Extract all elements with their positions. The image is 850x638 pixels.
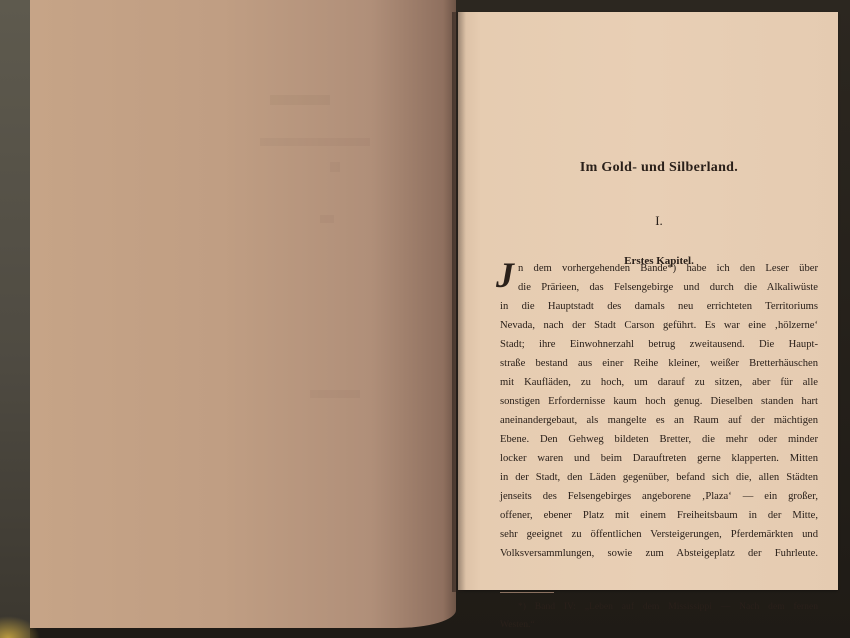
text-line: straße bestand aus einer Reihe kleiner, … [500,354,818,373]
text-line: locker waren und beim Darauftreten gerne… [500,449,818,468]
right-page: Im Gold- und Silberland. I. Erstes Kapit… [458,12,838,590]
show-through-text [320,215,334,223]
show-through-text [270,95,330,105]
cloth-edge [0,0,30,638]
text-line: die Prärieen, das Felsengebirge und durc… [500,278,818,297]
footnote-line: Westen.“ [500,616,818,634]
text-line: in die Hauptstadt des damals neu erricht… [500,297,818,316]
text-line: Volksversammlungen, sowie zum Absteigepl… [500,544,818,563]
show-through-text [330,162,340,172]
show-through-text [260,138,370,146]
footnote-line: *) Band IV: „Leben auf dem Mississippi —… [500,598,818,616]
text-line: aneinandergebaut, als mangelte es an Rau… [500,411,818,430]
text-line: mit Kaufläden, zu hoch, um darauf zu sit… [500,373,818,392]
text-line: in der Stadt, den Läden gegenüber, befan… [500,468,818,487]
text-line: offener, ebener Platz mit einem Freiheit… [500,506,818,525]
page-title: Im Gold- und Silberland. [500,160,818,176]
text-line: sehr geeignet zu öffentlichen Versteiger… [500,525,818,544]
show-through-text [310,390,360,398]
text-line: Ebene. Den Gehweg bildeten Bretter, die … [500,430,818,449]
footnote-divider [500,592,554,593]
text-line: jenseits des Felsengebirges angeborene ‚… [500,487,818,506]
part-number: I. [500,213,818,229]
text-line: sonstigen Erfordernisse kaum hoch genug.… [500,392,818,411]
book-spine-shadow [452,12,466,592]
text-line: Nevada, nach der Stadt Carson geführt. E… [500,316,818,335]
text-line: Stadt; ihre Einwohnerzahl betrug zweitau… [500,335,818,354]
left-page [30,0,456,628]
text-line: n dem vorhergehenden Bande*) habe ich de… [500,259,818,278]
